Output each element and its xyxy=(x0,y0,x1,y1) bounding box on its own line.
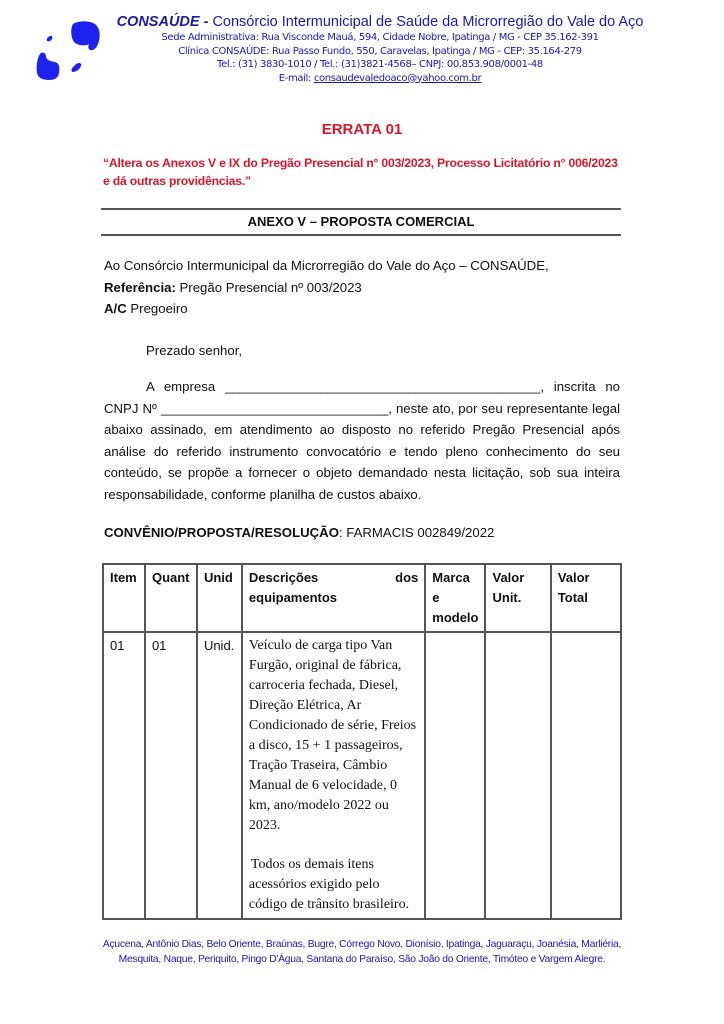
annex-title: ANEXO V – PROPOSTA COMERCIAL xyxy=(101,214,621,229)
errata-subtitle: “Altera os Anexos V e IX do Pregão Prese… xyxy=(103,154,623,190)
divider-bottom xyxy=(101,234,621,236)
reference-label: Referência: xyxy=(104,280,176,295)
email-label: E-mail: xyxy=(279,73,314,84)
cell-description: Veículo de carga tipo Van Furgão, origin… xyxy=(242,632,425,919)
email-link[interactable]: consaudevaledoaco@yahoo.com.br xyxy=(314,73,481,84)
letter-header: Ao Consórcio Intermunicipal da Microrreg… xyxy=(104,255,620,320)
description-text: Veículo de carga tipo Van Furgão, origin… xyxy=(249,636,418,836)
description-note: Todos os demais itens acessórios exigido… xyxy=(249,855,418,915)
proposal-table: Item Quant Unid Descriçõesdos equipament… xyxy=(102,563,622,920)
header-description-a: Descrições xyxy=(249,568,318,588)
brand-name: CONSAÚDE - xyxy=(117,14,209,30)
cell-brand-model[interactable] xyxy=(425,632,485,919)
reference-value: Pregão Presencial nº 003/2023 xyxy=(176,280,362,295)
errata-title: ERRATA 01 xyxy=(0,121,724,138)
letterhead: CONSAÚDE - Consórcio Intermunicipal de S… xyxy=(100,13,660,85)
table-header-row: Item Quant Unid Descriçõesdos equipament… xyxy=(103,564,621,632)
header-unit-value: Valor Unit. xyxy=(485,564,550,632)
header-description-c: equipamentos xyxy=(249,588,418,608)
header-total-value: Valor Total xyxy=(551,564,621,632)
cell-unid: Unid. xyxy=(197,632,242,919)
header-brand-model: Marca e modelo xyxy=(425,564,485,632)
clinic-address: Clínica CONSAÚDE: Rua Passo Fundo, 550, … xyxy=(100,45,660,59)
agreement-label: CONVÊNIO/PROPOSTA/RESOLUÇÃO xyxy=(104,525,339,540)
header-item: Item xyxy=(103,564,145,632)
header-unid: Unid xyxy=(197,564,242,632)
header-quant: Quant xyxy=(145,564,197,632)
organization-name: Consórcio Intermunicipal de Saúde da Mic… xyxy=(208,14,643,30)
cell-item: 01 xyxy=(103,632,145,919)
attention-value: Pregoeiro xyxy=(127,301,188,316)
letterhead-title: CONSAÚDE - Consórcio Intermunicipal de S… xyxy=(100,13,660,31)
greeting: Prezado senhor, xyxy=(104,340,662,362)
member-municipalities-footer: Açucena, Antônio Dias, Belo Oriente, Bra… xyxy=(0,937,724,967)
agreement-line: CONVÊNIO/PROPOSTA/RESOLUÇÃO: FARMACIS 00… xyxy=(104,522,620,544)
footer-line-2: Mesquita, Naque, Periquito, Pingo D'Água… xyxy=(0,952,724,967)
cell-total-value[interactable] xyxy=(551,632,621,919)
footer-line-1: Açucena, Antônio Dias, Belo Oriente, Bra… xyxy=(0,937,724,952)
headquarters-address: Sede Administrativa: Rua Visconde Mauá, … xyxy=(100,31,660,45)
attention-label: A/C xyxy=(104,301,127,316)
reference-line: Referência: Pregão Presencial nº 003/202… xyxy=(104,277,620,299)
attention-line: A/C Pregoeiro xyxy=(104,298,620,320)
cell-unit-value[interactable] xyxy=(485,632,550,919)
proposal-paragraph: A empresa ______________________________… xyxy=(104,376,620,505)
divider-top xyxy=(101,208,621,210)
cell-quant: 01 xyxy=(145,632,197,919)
email-line: E-mail: consaudevaledoaco@yahoo.com.br xyxy=(100,72,660,86)
addressee: Ao Consórcio Intermunicipal da Microrreg… xyxy=(104,255,620,277)
header-description: Descriçõesdos equipamentos xyxy=(242,564,425,632)
agreement-value: : FARMACIS 002849/2022 xyxy=(339,525,494,540)
header-description-b: dos xyxy=(395,568,418,588)
consaude-logo-icon xyxy=(33,20,105,82)
table-row: 01 01 Unid. Veículo de carga tipo Van Fu… xyxy=(103,632,621,919)
phone-cnpj: Tel.: (31) 3830-1010 / Tel.: (31)3821-45… xyxy=(100,58,660,72)
